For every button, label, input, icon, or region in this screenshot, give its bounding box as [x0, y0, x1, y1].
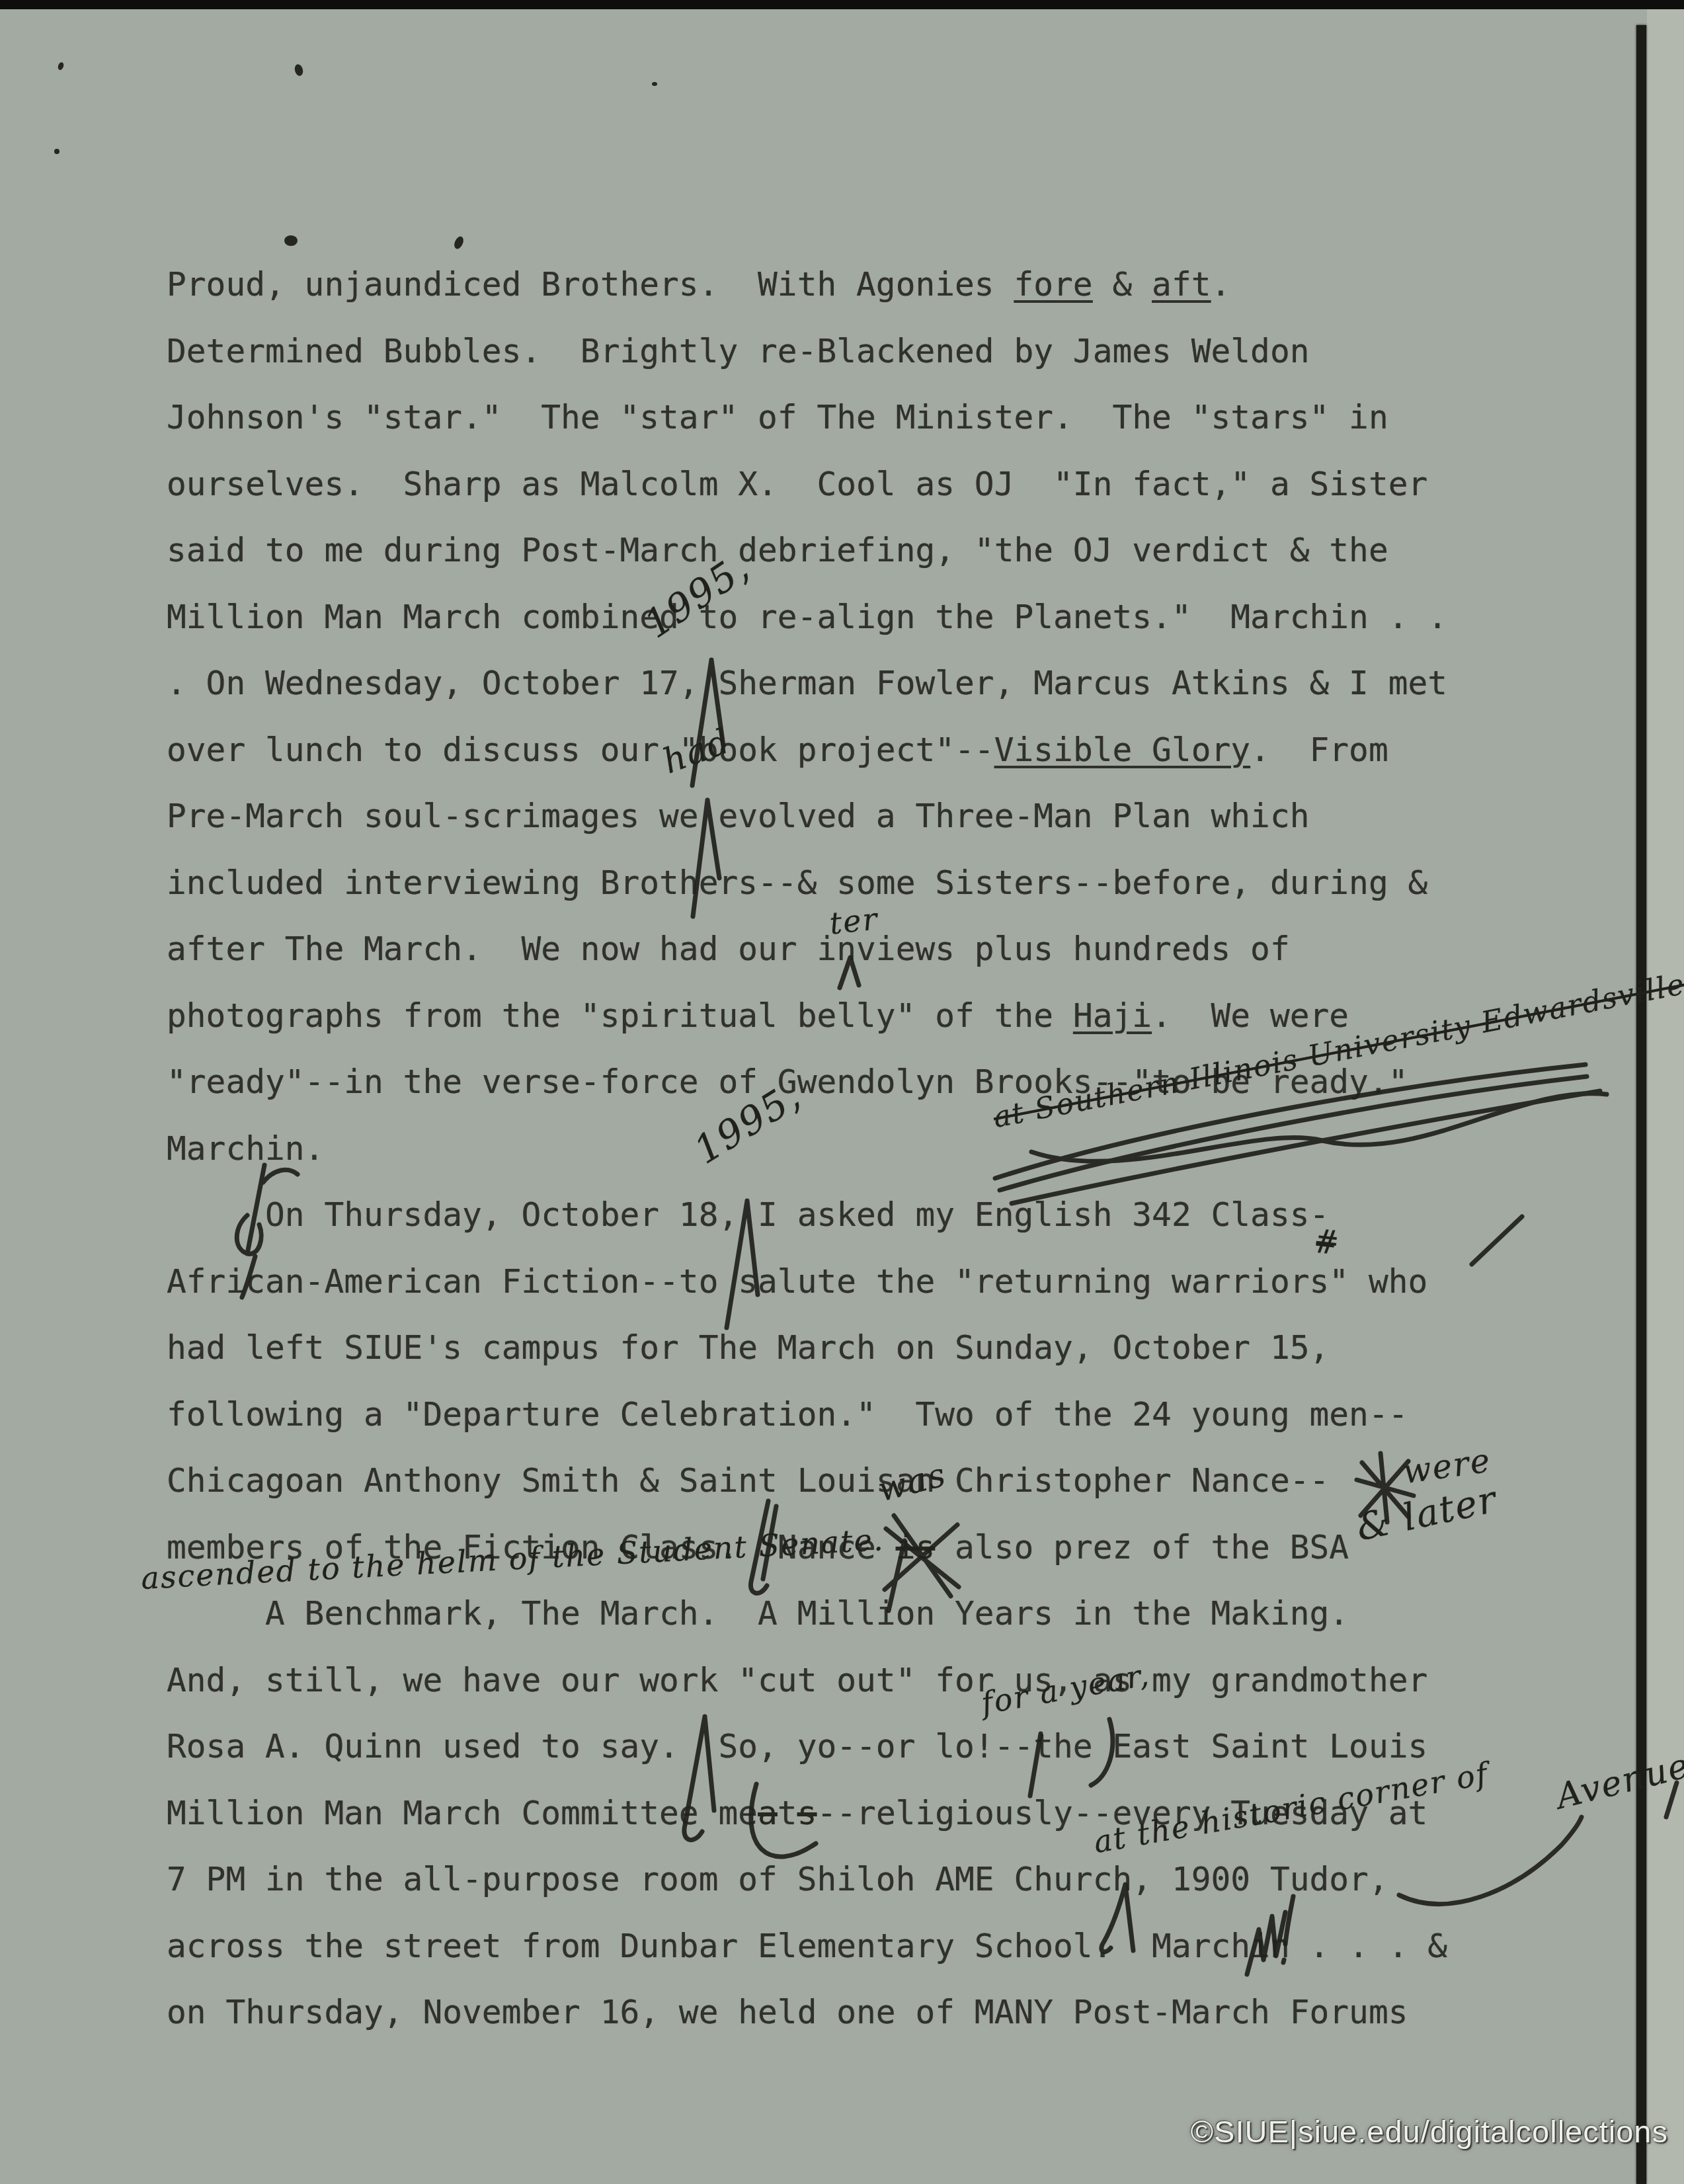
insertion-caret-oct18: [727, 1201, 758, 1328]
for-a-year-tail: [1091, 1719, 1113, 1785]
ink-speck: [57, 61, 65, 71]
insertion-caret-so: [684, 1717, 714, 1840]
insertion-caret-ter: [840, 957, 859, 988]
ink-speck: [54, 149, 60, 154]
marchin-scrawl: [1247, 1896, 1293, 1974]
tudor-avenue-swoosh: [1399, 1817, 1582, 1904]
scribble-strikeout-siue: [1000, 1076, 1587, 1190]
stroke-through-the: [1030, 1734, 1041, 1796]
insertion-mark-class: [750, 1501, 776, 1593]
ink-speck: [652, 82, 657, 86]
insertion-caret-had: [693, 800, 719, 916]
scribble-xx-nance: [1357, 1453, 1414, 1522]
strike-through-hash: [1472, 1217, 1522, 1264]
ink-speck: [284, 235, 298, 246]
insertion-caret-1900: [1102, 1884, 1133, 1952]
avenue-tick: [1666, 1783, 1677, 1817]
meet-under-arc: [751, 1784, 816, 1857]
ink-speck: [294, 63, 304, 77]
insertion-caret-oct17: [692, 660, 723, 786]
scanned-document-page: Proud, unjaundiced Brothers. With Agonie…: [0, 0, 1684, 2184]
ink-speck: [452, 235, 465, 250]
watermark: ©SIUE|siue.edu/digitalcollections: [1190, 2113, 1668, 2150]
handwriting-marks-layer: [0, 0, 1684, 2184]
paragraph-scrawl-mark: [237, 1165, 298, 1297]
